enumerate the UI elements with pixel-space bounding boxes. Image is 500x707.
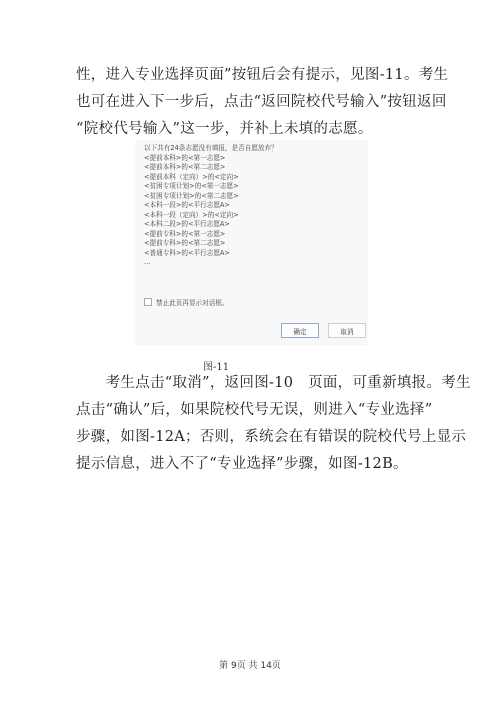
dialog-message: 以下共有24条志愿没有填报，是否自愿放弃？ <提前本科>的<第一志愿> <提前本… (144, 144, 278, 268)
message-line: <本科一段（定向）>的<定向> (144, 211, 278, 221)
text-line: 也可在进入下一步后，点击“返回院校代号输入”按钮返回 (76, 89, 436, 116)
text-line: 步骤，如图-12A；否则，系统会在有错误的院校代号上显示 (76, 424, 436, 451)
text-line: 提示信息，进入不了“专业选择”步骤，如图-12B。 (76, 451, 436, 478)
suppress-dialog-checkbox[interactable]: 禁止此页再显示对话框。 (144, 297, 229, 307)
message-line: 以下共有24条志愿没有填报，是否自愿放弃？ (144, 144, 278, 154)
text-line: 性，进入专业选择页面”按钮后会有提示，见图-11。考生 (76, 62, 436, 89)
paragraph-intro: 性，进入专业选择页面”按钮后会有提示，见图-11。考生 也可在进入下一步后，点击… (76, 62, 436, 143)
message-line: <提前专科>的<第二志愿> (144, 239, 278, 249)
checkbox-icon[interactable] (144, 298, 152, 306)
paragraph-explanation: 考生点击“取消”，返回图-10 页面，可重新填报。考生 点击“确认”后，如果院校… (76, 370, 436, 478)
message-line: <贫困专项计划>的<第二志愿> (144, 192, 278, 202)
ok-button[interactable]: 确定 (281, 323, 319, 338)
message-line: ... (144, 258, 278, 268)
cancel-button[interactable]: 取消 (328, 323, 366, 338)
page-number: 第 9页 共 14页 (0, 658, 500, 671)
message-line: <提前本科>的<第一志愿> (144, 154, 278, 164)
checkbox-label: 禁止此页再显示对话框。 (156, 297, 229, 307)
message-line: <本科一段>的<平行志愿A> (144, 201, 278, 211)
message-line: <提前本科（定向）>的<定向> (144, 173, 278, 183)
text-line: 考生点击“取消”，返回图-10 页面，可重新填报。考生 (76, 370, 436, 397)
message-line: <提前本科>的<第二志愿> (144, 163, 278, 173)
text-line: 点击“确认”后，如果院校代号无误，则进入“专业选择” (76, 397, 436, 424)
confirm-dialog-screenshot: 以下共有24条志愿没有填报，是否自愿放弃？ <提前本科>的<第一志愿> <提前本… (135, 140, 368, 345)
message-line: <提前专科>的<第一志愿> (144, 230, 278, 240)
message-line: <普通专科>的<平行志愿A> (144, 249, 278, 259)
text-line: “院校代号输入”这一步，并补上未填的志愿。 (76, 116, 436, 143)
message-line: <本科二段>的<平行志愿A> (144, 220, 278, 230)
message-line: <贫困专项计划>的<第一志愿> (144, 182, 278, 192)
